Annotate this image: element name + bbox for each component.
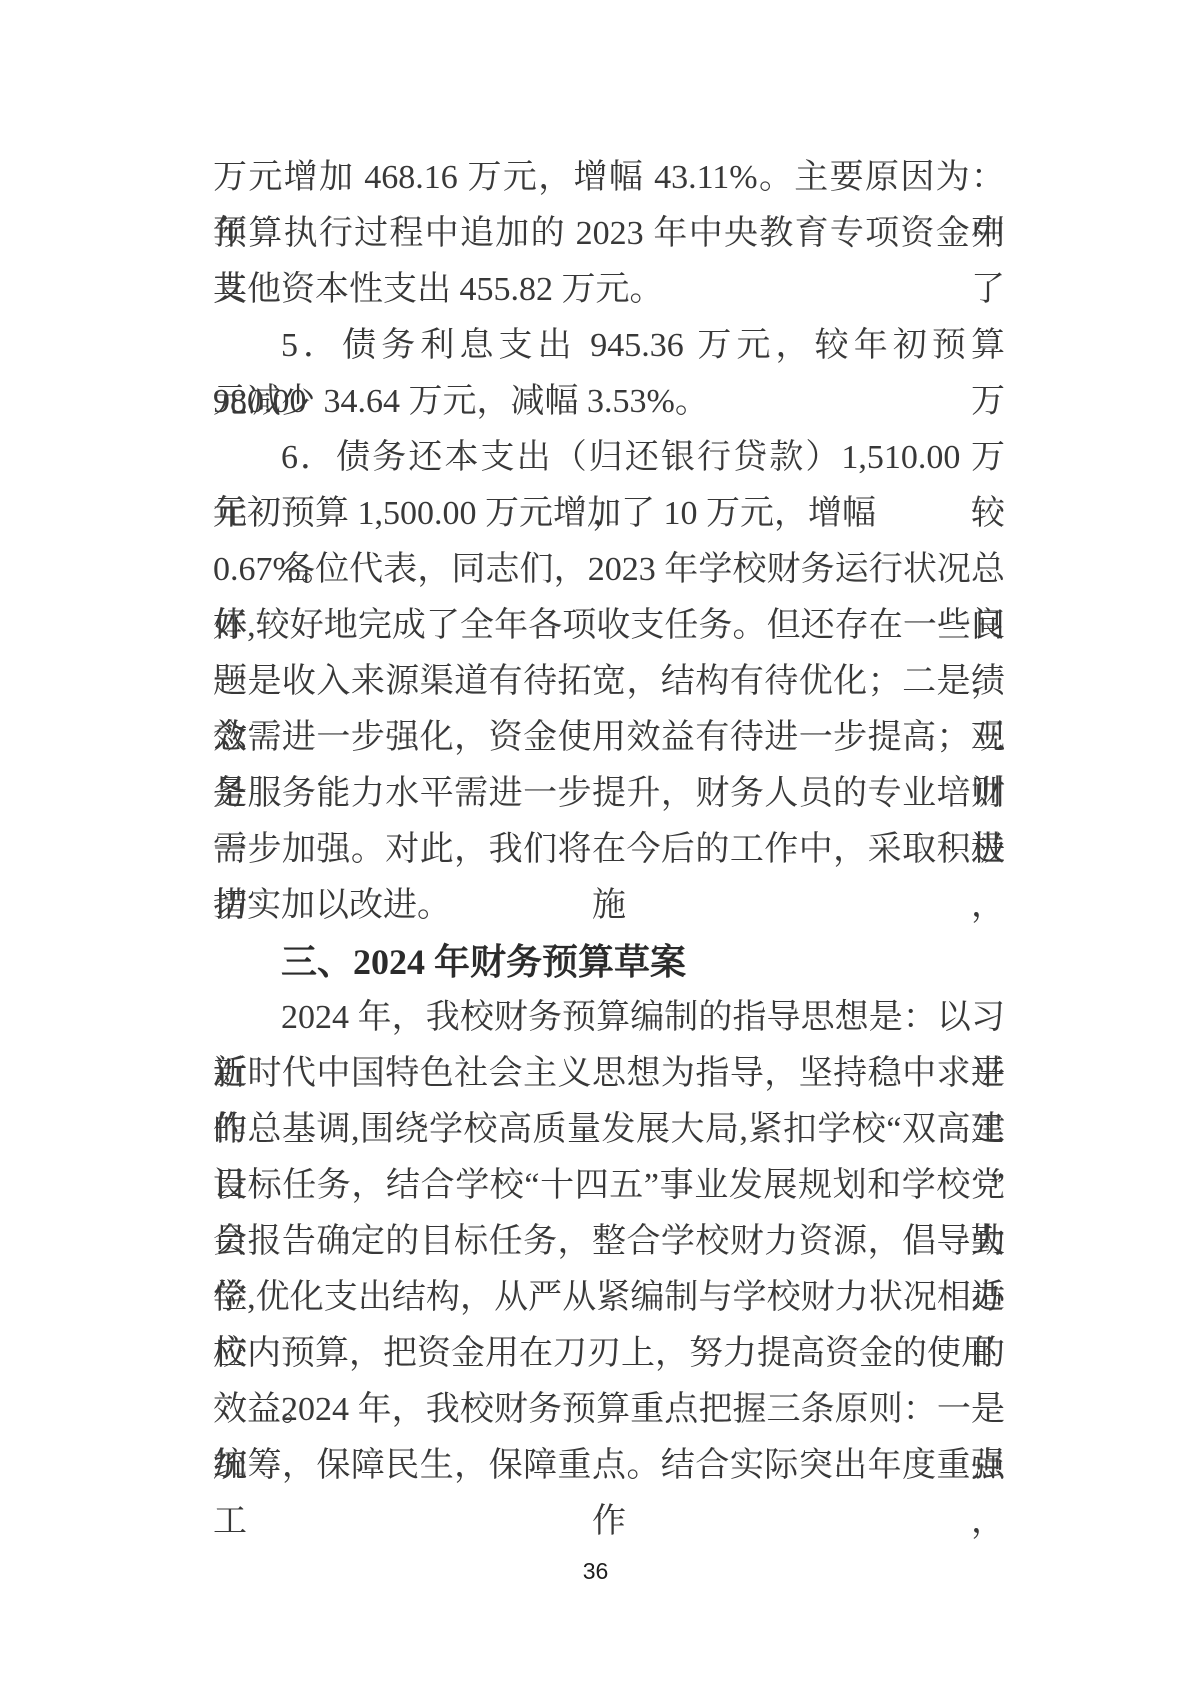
text-line: 念需进一步强化，资金使用效益有待进一步提高；三是财 [213,710,1005,766]
text-line: 校内预算，把资金用在刀刃上，努力提高资金的使用效益。 [213,1326,1005,1382]
section-heading: 三、2024 年财务预算草案 [213,934,1005,990]
text-line: 务服务能力水平需进一步提升，财务人员的专业培训需进 [213,766,1005,822]
document-page: 万元增加 468.16 万元，增幅 43.11%。主要原因为：年中 预算执行过程… [0,0,1191,1684]
text-line: 学,优化支出结构，从严从紧编制与学校财力状况相适应的 [213,1270,1005,1326]
text-line: 万元增加 468.16 万元，增幅 43.11%。主要原因为：年中 [213,150,1005,206]
document-body: 万元增加 468.16 万元，增幅 43.11%。主要原因为：年中 预算执行过程… [213,150,1005,1494]
text-line: 一是收入来源渠道有待拓宽，结构有待优化；二是绩效观 [213,654,1005,710]
text-line: 好,较好地完成了全年各项收支任务。但还存在一些问题， [213,598,1005,654]
text-line: 作总基调,围绕学校高质量发展大局,紧扣学校“双高建设” [213,1102,1005,1158]
text-line: 统筹，保障民生，保障重点。结合实际突出年度重点工作， [213,1438,1005,1494]
text-line: 目标任务，结合学校“十四五”事业发展规划和学校党员大 [213,1158,1005,1214]
text-line: 会报告确定的目标任务，整合学校财力资源，倡导勤俭办 [213,1214,1005,1270]
text-line: 5．债务利息支出 945.36 万元，较年初预算 980.00 万 [213,318,1005,374]
text-line: 新时代中国特色社会主义思想为指导，坚持稳中求进的工 [213,1046,1005,1102]
text-line: 2024 年，我校财务预算重点把握三条原则：一是加强 [213,1382,1005,1438]
text-line: 2024 年，我校财务预算编制的指导思想是：以习近平 [213,990,1005,1046]
text-line: 预算执行过程中追加的 2023 年中央教育专项资金列支了 [213,206,1005,262]
text-line: 6．债务还本支出（归还银行贷款）1,510.00 万元，较 [213,430,1005,486]
text-line: 一步加强。对此，我们将在今后的工作中，采取积极措施， [213,822,1005,878]
page-number: 36 [0,1558,1191,1585]
text-line: 各位代表，同志们，2023 年学校财务运行状况总体良 [213,542,1005,598]
